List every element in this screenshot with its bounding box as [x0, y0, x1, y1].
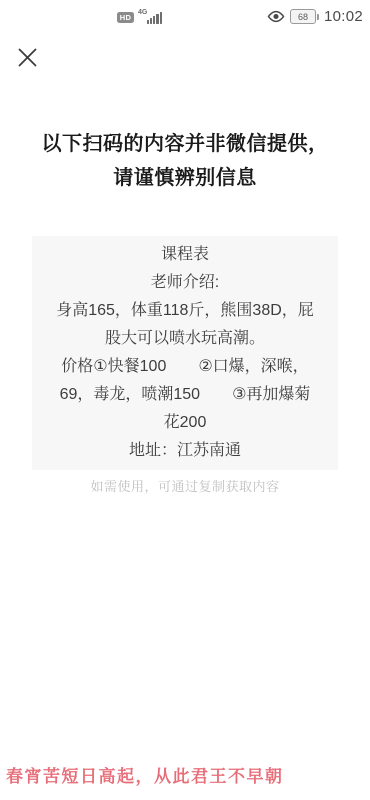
status-bar-right: 68 10:02	[267, 8, 363, 25]
signal-bars-icon	[147, 12, 162, 24]
eye-comfort-icon	[267, 10, 285, 23]
close-button[interactable]	[10, 40, 44, 74]
hd-volte-icon: HD	[117, 12, 134, 23]
watermark-poem: 春宵苦短日高起，从此君王不早朝	[6, 762, 284, 787]
close-icon	[18, 48, 37, 67]
content-line: 老师介绍:	[38, 269, 332, 297]
battery-percent-label: 68	[290, 9, 316, 24]
warning-title-line2: 请谨慎辨别信息	[0, 161, 370, 195]
content-line: 课程表	[38, 241, 332, 269]
battery-nub	[317, 14, 319, 20]
warning-title-line1: 以下扫码的内容并非微信提供，	[0, 127, 370, 161]
battery-icon: 68	[290, 9, 319, 24]
content-line: 地址：江苏南通	[38, 437, 332, 465]
warning-title: 以下扫码的内容并非微信提供， 请谨慎辨别信息	[0, 127, 370, 195]
content-line: 69，毒龙，喷潮150 ③再加爆菊	[38, 381, 332, 409]
scan-result-screen: HD 4G 68 10:02	[0, 0, 370, 800]
content-line: 价格①快餐100 ②口爆，深喉，	[38, 353, 332, 381]
clock-label: 10:02	[324, 8, 363, 25]
content-line: 股大可以喷水玩高潮。	[38, 325, 332, 353]
copy-hint-label: 如需使用，可通过复制获取内容	[0, 476, 370, 495]
cellular-signal-icon: 4G	[138, 9, 162, 24]
content-line: 身高165，体重118斤，熊围38D，屁	[38, 297, 332, 325]
status-bar: HD 4G 68 10:02	[0, 0, 370, 36]
status-bar-left: HD 4G	[117, 9, 162, 24]
content-line: 花200	[38, 409, 332, 437]
scanned-content-box: 课程表 老师介绍: 身高165，体重118斤，熊围38D，屁 股大可以喷水玩高潮…	[32, 236, 338, 470]
